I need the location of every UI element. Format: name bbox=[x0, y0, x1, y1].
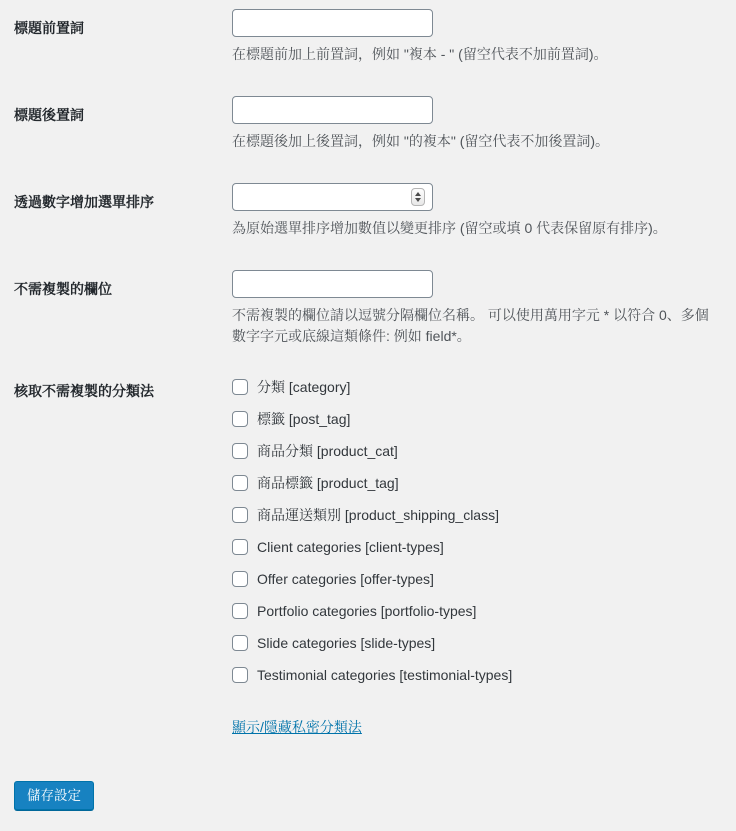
taxonomy-checkbox-post-tag[interactable] bbox=[232, 411, 248, 427]
taxonomy-option-offer-types[interactable]: Offer categories [offer-types] bbox=[232, 570, 714, 588]
save-settings-button[interactable]: 儲存設定 bbox=[14, 781, 94, 811]
settings-form-table: 標題前置詞 在標題前加上前置詞，例如 "複本 - " (留空代表不加前置詞)。 … bbox=[14, 0, 716, 759]
title-prefix-description: 在標題前加上前置詞，例如 "複本 - " (留空代表不加前置詞)。 bbox=[232, 44, 714, 65]
skip-fields-input[interactable] bbox=[232, 270, 433, 298]
stepper-up-icon[interactable] bbox=[415, 192, 421, 196]
title-prefix-input[interactable] bbox=[232, 9, 433, 37]
taxonomy-option-product-tag[interactable]: 商品標籤 [product_tag] bbox=[232, 474, 714, 492]
taxonomy-checkbox-offer-types[interactable] bbox=[232, 571, 248, 587]
taxonomy-option-label: 商品標籤 [product_tag] bbox=[257, 474, 399, 492]
taxonomy-option-label: 標籤 [post_tag] bbox=[257, 410, 350, 428]
taxonomy-option-category[interactable]: 分類 [category] bbox=[232, 378, 714, 396]
skip-fields-description: 不需複製的欄位請以逗號分隔欄位名稱。 可以使用萬用字元 * 以符合 0、多個數字… bbox=[232, 305, 714, 347]
taxonomy-option-product-shipping-class[interactable]: 商品運送類別 [product_shipping_class] bbox=[232, 506, 714, 524]
settings-page: 標題前置詞 在標題前加上前置詞，例如 "複本 - " (留空代表不加前置詞)。 … bbox=[0, 0, 736, 831]
form-row-menu-order: 透過數字增加選單排序 為原始選單排序增加數值以變更排序 (留空或填 0 代表保留… bbox=[14, 174, 716, 261]
taxonomy-option-label: Offer categories [offer-types] bbox=[257, 570, 434, 588]
form-row-skip-fields: 不需複製的欄位 不需複製的欄位請以逗號分隔欄位名稱。 可以使用萬用字元 * 以符… bbox=[14, 261, 716, 369]
taxonomy-checkbox-portfolio-types[interactable] bbox=[232, 603, 248, 619]
taxonomy-checkbox-category[interactable] bbox=[232, 379, 248, 395]
form-row-taxonomies: 核取不需複製的分類法 分類 [category] 標籤 [post_tag] 商… bbox=[14, 369, 716, 759]
taxonomy-option-label: 分類 [category] bbox=[257, 378, 350, 396]
taxonomy-option-client-types[interactable]: Client categories [client-types] bbox=[232, 538, 714, 556]
title-suffix-description: 在標題後加上後置詞，例如 "的複本" (留空代表不加後置詞)。 bbox=[232, 131, 714, 152]
taxonomy-option-testimonial-types[interactable]: Testimonial categories [testimonial-type… bbox=[232, 666, 714, 684]
taxonomy-option-label: Portfolio categories [portfolio-types] bbox=[257, 602, 476, 620]
taxonomy-option-portfolio-types[interactable]: Portfolio categories [portfolio-types] bbox=[232, 602, 714, 620]
taxonomy-option-label: Slide categories [slide-types] bbox=[257, 634, 435, 652]
taxonomy-option-label: 商品分類 [product_cat] bbox=[257, 442, 398, 460]
title-suffix-input[interactable] bbox=[232, 96, 433, 124]
taxonomy-checkbox-slide-types[interactable] bbox=[232, 635, 248, 651]
menu-order-description: 為原始選單排序增加數值以變更排序 (留空或填 0 代表保留原有排序)。 bbox=[232, 218, 714, 239]
taxonomy-option-slide-types[interactable]: Slide categories [slide-types] bbox=[232, 634, 714, 652]
taxonomies-label: 核取不需複製的分類法 bbox=[14, 378, 232, 400]
menu-order-label: 透過數字增加選單排序 bbox=[14, 183, 232, 211]
title-suffix-label: 標題後置詞 bbox=[14, 96, 232, 124]
taxonomy-option-post-tag[interactable]: 標籤 [post_tag] bbox=[232, 410, 714, 428]
submit-row: 儲存設定 bbox=[14, 781, 716, 811]
skip-fields-label: 不需複製的欄位 bbox=[14, 270, 232, 298]
taxonomy-option-label: Testimonial categories [testimonial-type… bbox=[257, 666, 512, 684]
form-row-title-suffix: 標題後置詞 在標題後加上後置詞，例如 "的複本" (留空代表不加後置詞)。 bbox=[14, 87, 716, 174]
taxonomy-checkbox-product-tag[interactable] bbox=[232, 475, 248, 491]
taxonomy-checkbox-testimonial-types[interactable] bbox=[232, 667, 248, 683]
taxonomy-option-label: Client categories [client-types] bbox=[257, 538, 444, 556]
menu-order-input[interactable] bbox=[232, 183, 433, 211]
taxonomy-option-label: 商品運送類別 [product_shipping_class] bbox=[257, 506, 499, 524]
stepper-down-icon[interactable] bbox=[415, 198, 421, 202]
taxonomy-checkbox-product-shipping-class[interactable] bbox=[232, 507, 248, 523]
show-hide-private-taxonomies-link[interactable]: 顯示/隱藏私密分類法 bbox=[232, 717, 362, 737]
taxonomy-checkbox-product-cat[interactable] bbox=[232, 443, 248, 459]
title-prefix-label: 標題前置詞 bbox=[14, 9, 232, 37]
form-row-title-prefix: 標題前置詞 在標題前加上前置詞，例如 "複本 - " (留空代表不加前置詞)。 bbox=[14, 0, 716, 87]
taxonomy-checkbox-client-types[interactable] bbox=[232, 539, 248, 555]
taxonomy-option-product-cat[interactable]: 商品分類 [product_cat] bbox=[232, 442, 714, 460]
menu-order-input-wrap bbox=[232, 183, 433, 211]
number-stepper[interactable] bbox=[411, 188, 425, 206]
